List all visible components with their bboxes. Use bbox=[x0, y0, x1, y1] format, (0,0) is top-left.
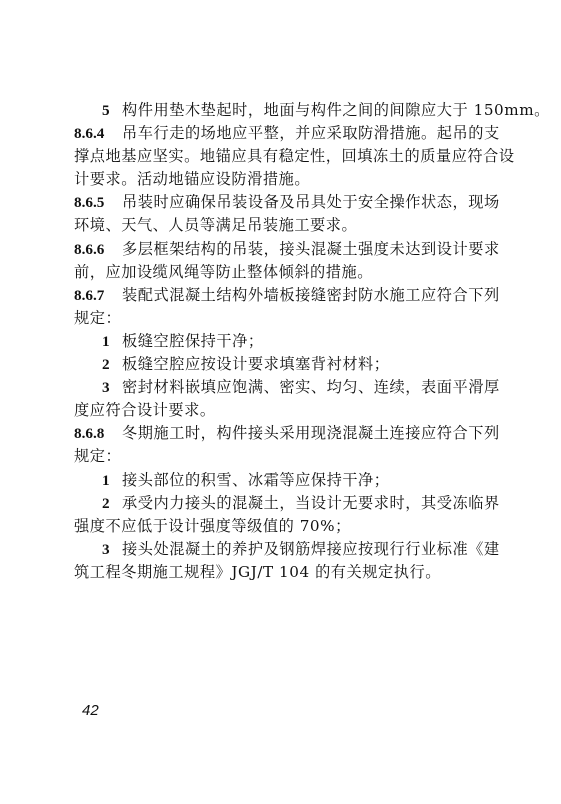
item-number: 1 bbox=[102, 330, 122, 353]
clause-number: 8.6.4 bbox=[74, 122, 122, 145]
item-2-line-1: 2承受内力接头的混凝土，当设计无要求时，其受冻临界 bbox=[74, 492, 474, 515]
document-page: 5构件用垫木垫起时，地面与构件之间的间隙应大于 150mm。 8.6.4吊车行走… bbox=[0, 0, 561, 804]
item-text: 构件用垫木垫起时，地面与构件之间的间隙应大于 150mm。 bbox=[122, 101, 550, 119]
page-number: 42 bbox=[82, 702, 99, 719]
clause-text: 吊车行走的场地应平整，并应采取防滑措施。起吊的支 bbox=[122, 124, 500, 142]
clause-8-6-4-line-1: 8.6.4吊车行走的场地应平整，并应采取防滑措施。起吊的支 bbox=[74, 122, 474, 145]
clause-number: 8.6.7 bbox=[74, 284, 122, 307]
item-3-line-1: 3接头处混凝土的养护及钢筋焊接应按现行行业标准《建 bbox=[74, 538, 474, 561]
item-number: 3 bbox=[102, 538, 122, 561]
item-text: 板缝空腔保持干净； bbox=[122, 332, 264, 350]
item-number: 2 bbox=[102, 353, 122, 376]
item-2-line-1: 2板缝空腔应按设计要求填塞背衬材料； bbox=[74, 353, 474, 376]
item-3-line-1: 3密封材料嵌填应饱满、密实、均匀、连续，表面平滑厚 bbox=[74, 376, 474, 399]
item-2-line-2: 强度不应低于设计强度等级值的 70%； bbox=[74, 515, 474, 538]
clause-8-6-8-line-2: 规定： bbox=[74, 445, 474, 468]
clause-8-6-8-line-1: 8.6.8冬期施工时，构件接头采用现浇混凝土连接应符合下列 bbox=[74, 422, 474, 445]
clause-8-6-7-line-2: 规定： bbox=[74, 307, 474, 330]
item-text: 板缝空腔应按设计要求填塞背衬材料； bbox=[122, 355, 390, 373]
item-text: 接头部位的积雪、冰霜等应保持干净； bbox=[122, 471, 390, 489]
clause-8-6-5-line-2: 环境、天气、人员等满足吊装施工要求。 bbox=[74, 214, 474, 237]
clause-8-6-7-line-1: 8.6.7装配式混凝土结构外墙板接缝密封防水施工应符合下列 bbox=[74, 284, 474, 307]
item-1-line-1: 1接头部位的积雪、冰霜等应保持干净； bbox=[74, 469, 474, 492]
clause-number: 8.6.6 bbox=[74, 238, 122, 261]
item-5-line-1: 5构件用垫木垫起时，地面与构件之间的间隙应大于 150mm。 bbox=[74, 99, 474, 122]
text-block: 5构件用垫木垫起时，地面与构件之间的间隙应大于 150mm。 8.6.4吊车行走… bbox=[74, 99, 474, 584]
item-text: 接头处混凝土的养护及钢筋焊接应按现行行业标准《建 bbox=[122, 540, 500, 558]
item-number: 2 bbox=[102, 492, 122, 515]
item-text: 密封材料嵌填应饱满、密实、均匀、连续，表面平滑厚 bbox=[122, 378, 500, 396]
item-text: 承受内力接头的混凝土，当设计无要求时，其受冻临界 bbox=[122, 494, 500, 512]
clause-number: 8.6.5 bbox=[74, 191, 122, 214]
clause-number: 8.6.8 bbox=[74, 422, 122, 445]
item-1-line-1: 1板缝空腔保持干净； bbox=[74, 330, 474, 353]
clause-8-6-6-line-2: 前，应加设缆风绳等防止整体倾斜的措施。 bbox=[74, 261, 474, 284]
clause-8-6-4-line-3: 计要求。活动地锚应设防滑措施。 bbox=[74, 168, 474, 191]
clause-text: 多层框架结构的吊装，接头混凝土强度未达到设计要求 bbox=[122, 240, 500, 258]
item-3-line-2: 度应符合设计要求。 bbox=[74, 399, 474, 422]
item-3-line-2: 筑工程冬期施工规程》JGJ/T 104 的有关规定执行。 bbox=[74, 561, 474, 584]
clause-8-6-6-line-1: 8.6.6多层框架结构的吊装，接头混凝土强度未达到设计要求 bbox=[74, 238, 474, 261]
clause-text: 冬期施工时，构件接头采用现浇混凝土连接应符合下列 bbox=[122, 424, 500, 442]
item-number: 3 bbox=[102, 376, 122, 399]
clause-text: 装配式混凝土结构外墙板接缝密封防水施工应符合下列 bbox=[122, 286, 500, 304]
clause-8-6-5-line-1: 8.6.5吊装时应确保吊装设备及吊具处于安全操作状态，现场 bbox=[74, 191, 474, 214]
clause-8-6-4-line-2: 撑点地基应坚实。地锚应具有稳定性，回填冻土的质量应符合设 bbox=[74, 145, 474, 168]
item-number: 1 bbox=[102, 469, 122, 492]
clause-text: 吊装时应确保吊装设备及吊具处于安全操作状态，现场 bbox=[122, 193, 500, 211]
item-number: 5 bbox=[102, 99, 122, 122]
